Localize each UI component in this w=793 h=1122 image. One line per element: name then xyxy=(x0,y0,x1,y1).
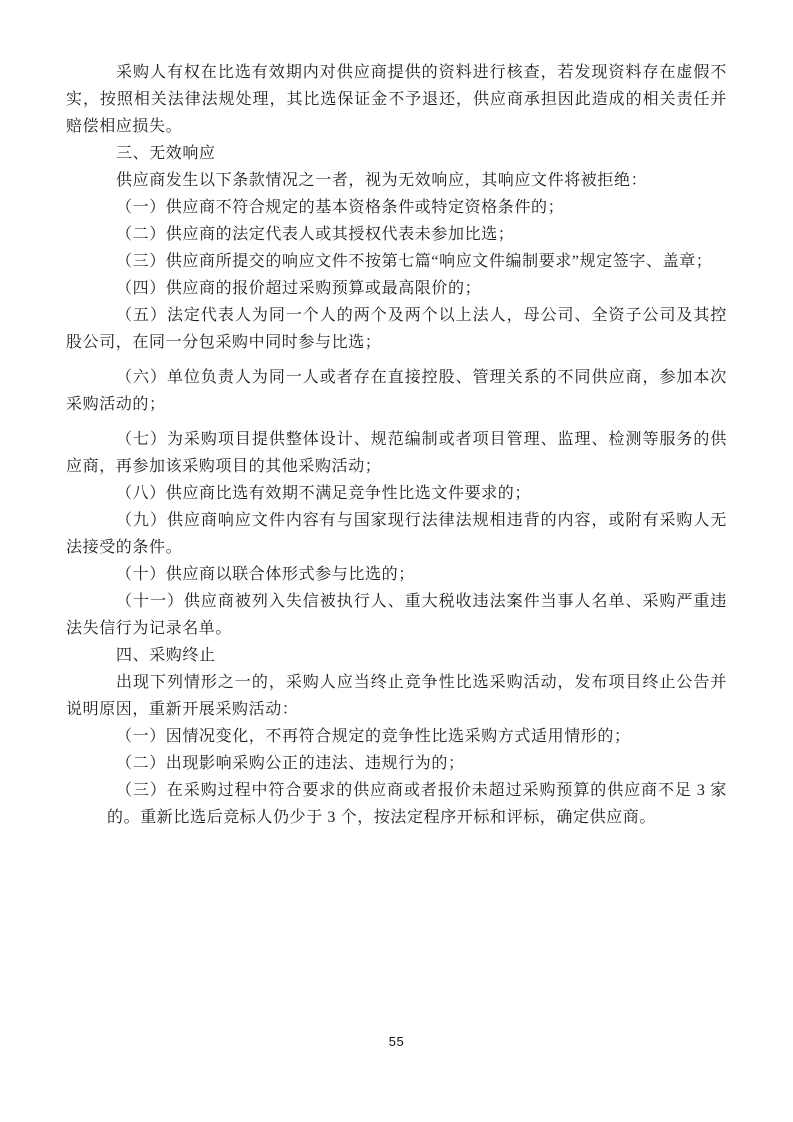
para-termination-intro: 出现下列情形之一的，采购人应当终止竞争性比选采购活动，发布项目终止公告并说明原因… xyxy=(66,669,727,723)
list-item: （八）供应商比选有效期不满足竞争性比选文件要求的； xyxy=(66,480,727,507)
page-number: 55 xyxy=(0,1034,793,1049)
list-item: （二）供应商的法定代表人或其授权代表未参加比选； xyxy=(66,221,727,248)
list-item: （六）单位负责人为同一人或者存在直接控股、管理关系的不同供应商，参加本次采购活动… xyxy=(66,364,727,418)
list-item: （七）为采购项目提供整体设计、规范编制或者项目管理、监理、检测等服务的供应商，再… xyxy=(66,426,727,480)
para-invalid-response-intro: 供应商发生以下条款情况之一者，视为无效响应，其响应文件将被拒绝： xyxy=(66,167,727,194)
list-item: （十）供应商以联合体形式参与比选的； xyxy=(66,561,727,588)
list-item: （四）供应商的报价超过采购预算或最高限价的； xyxy=(66,275,727,302)
heading-section-four: 四、采购终止 xyxy=(66,642,727,669)
list-item: （二）出现影响采购公正的违法、违规行为的； xyxy=(66,750,727,777)
document-page: 采购人有权在比选有效期内对供应商提供的资料进行核查，若发现资料存在虚假不实，按照… xyxy=(0,0,793,1122)
list-item: （一）因情况变化，不再符合规定的竞争性比选采购方式适用情形的； xyxy=(66,723,727,750)
list-item: （一）供应商不符合规定的基本资格条件或特定资格条件的； xyxy=(66,194,727,221)
list-item: （五）法定代表人为同一个人的两个及两个以上法人，母公司、全资子公司及其控股公司，… xyxy=(66,302,727,356)
list-item: （三）在采购过程中符合要求的供应商或者报价未超过采购预算的供应商不足 3 家的。… xyxy=(107,777,727,831)
para-verification-clause: 采购人有权在比选有效期内对供应商提供的资料进行核查，若发现资料存在虚假不实，按照… xyxy=(66,59,727,140)
list-item: （九）供应商响应文件内容有与国家现行法律法规相违背的内容，或附有采购人无法接受的… xyxy=(66,507,727,561)
list-item: （十一）供应商被列入失信被执行人、重大税收违法案件当事人名单、采购严重违法失信行… xyxy=(66,588,727,642)
document-body: 采购人有权在比选有效期内对供应商提供的资料进行核查，若发现资料存在虚假不实，按照… xyxy=(66,59,727,831)
heading-section-three: 三、无效响应 xyxy=(66,140,727,167)
list-item: （三）供应商所提交的响应文件不按第七篇“响应文件编制要求”规定签字、盖章； xyxy=(66,248,727,275)
